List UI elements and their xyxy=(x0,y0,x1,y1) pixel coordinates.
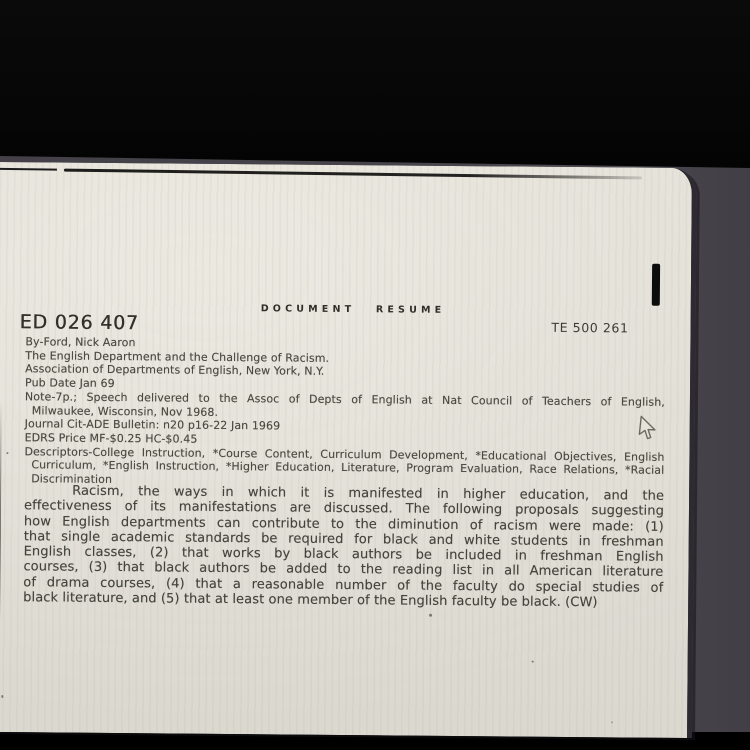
mouse-cursor-icon xyxy=(635,414,659,443)
citation-block: By-Ford, Nick Aaron The English Departme… xyxy=(24,335,665,491)
abstract-block: Racism, the ways in which it is manifest… xyxy=(23,483,664,611)
page-top-edge-left xyxy=(0,168,57,171)
film-frame-mark xyxy=(652,264,660,306)
dust-speck xyxy=(6,452,8,454)
te-number: TE 500 261 xyxy=(551,320,628,336)
dust-speck xyxy=(532,661,534,663)
dust-speck xyxy=(611,721,613,723)
page-top-edge-main xyxy=(64,169,642,179)
ed-number: ED 026 407 xyxy=(20,311,139,334)
document-resume-label: DOCUMENT RESUME xyxy=(261,303,446,316)
dust-speck xyxy=(1,695,3,698)
photo-frame: DOCUMENT RESUME ED 026 407 TE 500 261 By… xyxy=(0,0,750,750)
document-page: DOCUMENT RESUME ED 026 407 TE 500 261 By… xyxy=(0,162,697,738)
dust-speck xyxy=(429,614,432,617)
page-left-edge-shadow xyxy=(0,402,2,702)
